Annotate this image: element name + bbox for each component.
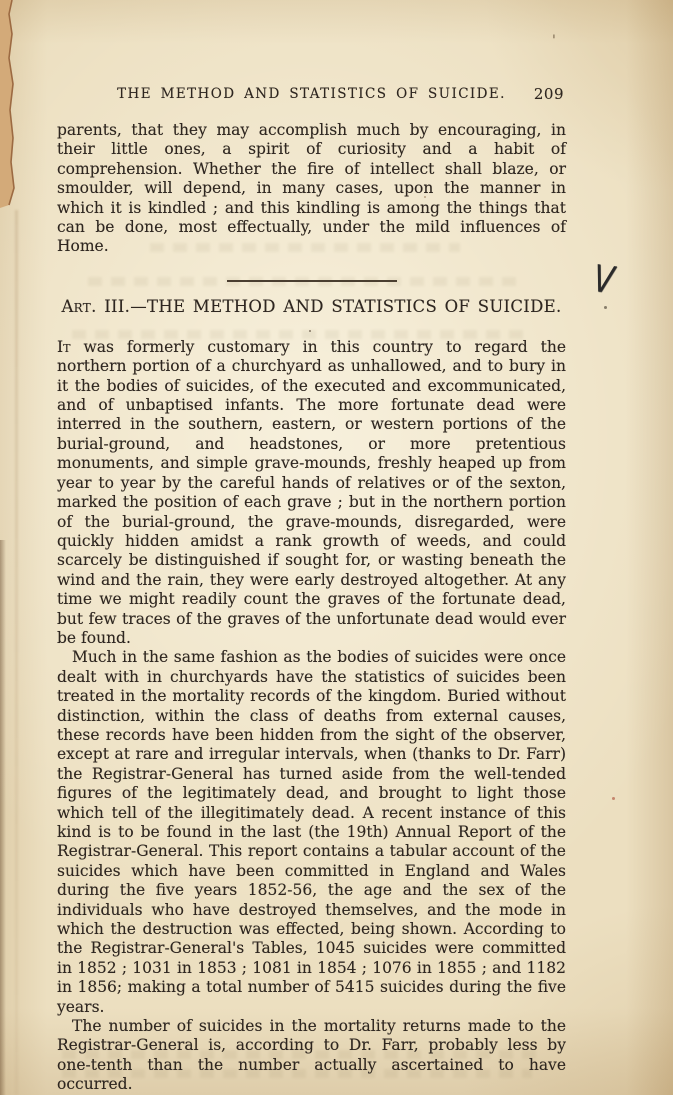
page-edge-shadow [0,540,6,1095]
continuation-paragraph: parents, that they may accomplish much b… [57,121,566,257]
section-divider-rule [227,280,397,282]
body-paragraph: The number of suicides in the mortality … [57,1017,566,1095]
stray-ink-mark: ' [552,33,556,49]
page-number: 209 [534,85,564,104]
article-heading: Art. III.—THE METHOD AND STATISTICS OF S… [37,296,586,318]
running-header: THE METHOD AND STATISTICS OF SUICIDE. 20… [57,84,566,104]
torn-paper-edge [0,0,22,212]
page-crease [15,210,18,1095]
running-title: THE METHOD AND STATISTICS OF SUICIDE. [57,84,566,104]
ink-speck [604,306,607,309]
paragraph-text: was formerly customary in this country t… [57,338,566,647]
body-paragraph: Much in the same fashion as the bodies o… [57,648,566,1017]
article-title: III.—THE METHOD AND STATISTICS OF SUICID… [97,297,562,316]
paragraph-lead-smallcaps: It [57,338,70,356]
foxing-speck [612,797,615,800]
body-paragraph: It was formerly customary in this countr… [57,338,566,649]
handwritten-checkmark: V [591,257,616,302]
article-label: Art. [61,297,96,316]
printed-text-block: THE METHOD AND STATISTICS OF SUICIDE. 20… [57,84,566,1095]
scanned-book-page: ' V THE METHOD AND STATISTICS OF SUICIDE… [0,0,673,1095]
